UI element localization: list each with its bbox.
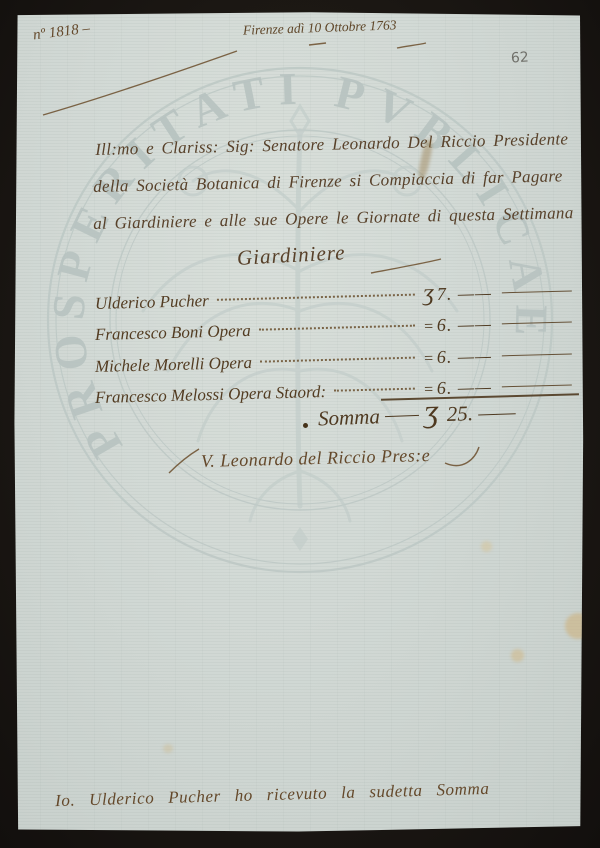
dash-tail xyxy=(502,291,572,294)
dotted-leader xyxy=(260,357,415,363)
dash-tail xyxy=(502,354,572,357)
entry-name: Francesco Boni Opera xyxy=(95,321,251,345)
entry-amount: 6. —— xyxy=(437,314,493,336)
dotted-leader xyxy=(334,388,415,392)
dash-connector xyxy=(385,415,419,417)
dotted-leader xyxy=(259,325,415,331)
entry-name: Ulderico Pucher xyxy=(95,291,209,314)
stain-spot xyxy=(511,649,524,662)
stain-spot xyxy=(565,613,591,639)
stain-spot xyxy=(481,541,492,552)
watermark-rosette xyxy=(292,527,308,551)
entry-name: Michele Morelli Opera xyxy=(95,353,253,377)
folio-number: 62 xyxy=(510,49,529,66)
total-amount: 25. —— xyxy=(446,400,516,426)
ink-dot xyxy=(303,423,308,428)
total-label: Somma xyxy=(318,404,381,430)
dash-tail xyxy=(502,322,572,325)
dash-tail xyxy=(502,385,572,388)
dotted-leader xyxy=(217,294,416,301)
entry-amount: 6. —— xyxy=(437,346,493,368)
entry-amount: 7. —— xyxy=(437,283,493,305)
stain-spot xyxy=(163,744,173,753)
photograph-background: PROSPERITATI PVBLICAE xyxy=(0,0,600,848)
document-page: PROSPERITATI PVBLICAE xyxy=(13,11,584,834)
lira-symbol: ʒ xyxy=(424,392,439,428)
